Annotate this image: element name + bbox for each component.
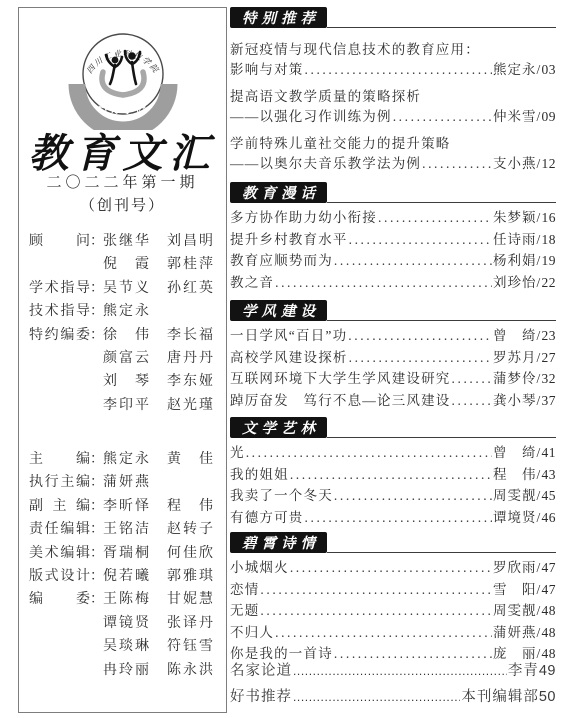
staff-name: 赵光瑾 <box>167 394 221 417</box>
toc-item-page: 46 <box>542 507 557 529</box>
staff-role <box>29 253 90 276</box>
toc-item: 光曾 绮/41 <box>230 442 556 464</box>
leader-dots <box>334 250 492 272</box>
leader-dots <box>349 229 492 251</box>
staff-colon <box>90 394 103 417</box>
toc-item-author: 蒲梦伶 <box>493 368 537 390</box>
staff-name: 谭镜贤 <box>103 612 167 635</box>
staff-role <box>29 370 90 393</box>
staff-role: 执行主编 <box>29 471 90 494</box>
toc-item-title-line2: 影响与对策 <box>230 60 304 80</box>
toc-item-title: 我的姐姐 <box>230 464 289 486</box>
leader-dots <box>293 684 460 710</box>
section-special-recommendation: 特别推荐 新冠疫情与现代信息技术的教育应用： 影响与对策熊定永/03 提高语文教… <box>230 6 556 181</box>
toc-item-title: 我卖了一个冬天 <box>230 485 333 507</box>
staff-name: 程 伟 <box>167 495 221 518</box>
toc-item-page: 50 <box>539 684 556 710</box>
leader-dots <box>452 368 493 390</box>
section-header: 特别推荐 <box>230 6 556 28</box>
toc-item-page: 43 <box>542 464 557 486</box>
section-header: 碧霄诗情 <box>230 531 556 553</box>
toc-footer-item: 好书推荐本刊编辑部50 <box>230 684 556 710</box>
toc-item-page: 03 <box>542 60 557 80</box>
staff-row: 版式设计：倪若曦郭雅琪 <box>29 565 221 588</box>
staff-role <box>29 394 90 417</box>
toc-item-author: 谭境贤 <box>493 507 537 529</box>
section-title-banner: 特别推荐 <box>230 7 327 28</box>
issue-subtitle: （创刊号） <box>19 194 226 215</box>
leader-dots <box>246 442 492 464</box>
toc-item-title: 教育应顺势而为 <box>230 250 333 272</box>
staff-row: 倪 霞郭桂萍 <box>29 253 221 276</box>
toc-item-author: 罗欣雨 <box>493 557 537 579</box>
toc-item: 小城烟火罗欣雨/47 <box>230 557 556 579</box>
staff-role: 版式设计 <box>29 565 90 588</box>
staff-row: 责任编辑：王铭洁赵转子 <box>29 518 221 541</box>
staff-list-bottom: 主编：熊定永黄 佳 执行主编：蒲妍燕 副主编：李昕怿程 伟 责任编辑：王铭洁赵转… <box>29 448 221 682</box>
staff-row: 主编：熊定永黄 佳 <box>29 448 221 471</box>
toc-item-title: 踔厉奋发 笃行不息—论三风建设 <box>230 390 451 412</box>
staff-name: 刘 琴 <box>103 370 167 393</box>
toc-item-page: 49 <box>539 658 556 684</box>
toc-item: 无题周雯靓/48 <box>230 600 556 622</box>
staff-colon: ： <box>90 518 103 541</box>
leader-dots <box>260 579 492 601</box>
toc-item-title: 好书推荐 <box>230 684 292 710</box>
staff-name: 张译丹 <box>167 612 221 635</box>
staff-name: 符钰雪 <box>167 635 221 658</box>
staff-name: 孙红英 <box>167 277 221 300</box>
staff-colon: ： <box>90 588 103 611</box>
section-header: 教育漫话 <box>230 181 556 203</box>
staff-name: 刘昌明 <box>167 230 221 253</box>
toc-item: 新冠疫情与现代信息技术的教育应用： 影响与对策熊定永/03 <box>230 40 556 80</box>
staff-name: 颜富云 <box>103 347 167 370</box>
staff-name: 蒲妍燕 <box>103 471 167 494</box>
section-header: 学风建设 <box>230 299 556 321</box>
staff-name: 徐 伟 <box>103 324 167 347</box>
toc-item-author: 仲米雪 <box>493 107 537 127</box>
staff-role <box>29 659 90 682</box>
toc-item: 我的姐姐程 伟/43 <box>230 464 556 486</box>
staff-colon <box>90 253 103 276</box>
section-title-banner: 学风建设 <box>230 300 327 321</box>
staff-name: 吴节义 <box>103 277 167 300</box>
toc-item-title-line1: 提高语文教学质量的策略探析 <box>230 87 556 107</box>
staff-name <box>167 471 221 494</box>
staff-colon: ： <box>90 565 103 588</box>
staff-colon: ： <box>90 230 103 253</box>
left-panel: 四川工业科技学院 教育学院 教育文汇 二〇二二年第一期 <box>18 7 227 713</box>
toc-item-title: 恋情 <box>230 579 259 601</box>
section-rule <box>327 320 556 321</box>
toc-item-title: 小城烟火 <box>230 557 289 579</box>
magazine-toc-page: 四川工业科技学院 教育学院 教育文汇 二〇二二年第一期 <box>0 0 565 718</box>
staff-role: 副主编 <box>29 495 90 518</box>
leader-dots <box>275 622 492 644</box>
staff-colon <box>90 659 103 682</box>
staff-colon <box>90 370 103 393</box>
staff-colon <box>90 347 103 370</box>
staff-colon: ： <box>90 495 103 518</box>
leader-dots <box>293 658 507 684</box>
staff-row: 顾问：张继华刘昌明 <box>29 230 221 253</box>
toc-item-page: 47 <box>542 579 557 601</box>
staff-name: 唐丹丹 <box>167 347 221 370</box>
staff-row: 谭镜贤张译丹 <box>29 612 221 635</box>
toc-item-page: 45 <box>542 485 557 507</box>
toc-item: 有德方可贵谭境贤/46 <box>230 507 556 529</box>
staff-name <box>167 300 221 323</box>
leader-dots <box>378 207 492 229</box>
staff-name: 李长福 <box>167 324 221 347</box>
toc-item-author: 本刊编辑部 <box>461 684 539 710</box>
toc-item-page: 19 <box>542 250 557 272</box>
section-title: 特别推荐 <box>237 7 320 28</box>
toc-item-title: 不归人 <box>230 622 274 644</box>
section-rule <box>327 552 556 553</box>
toc-item-title-line1: 新冠疫情与现代信息技术的教育应用： <box>230 40 556 60</box>
staff-name: 李昕怿 <box>103 495 167 518</box>
staff-name: 倪若曦 <box>103 565 167 588</box>
toc-item-title-line2: ——以强化习作训练为例 <box>230 107 392 127</box>
toc-item-author: 任诗雨 <box>493 229 537 251</box>
toc-item-page: 37 <box>542 390 557 412</box>
toc-item-title: 有德方可贵 <box>230 507 304 529</box>
staff-colon: ： <box>90 471 103 494</box>
staff-name: 李东娅 <box>167 370 221 393</box>
toc-item: 不归人蒲妍燕/48 <box>230 622 556 644</box>
staff-name: 黄 佳 <box>167 448 221 471</box>
leader-dots <box>290 557 492 579</box>
leader-dots <box>305 60 493 80</box>
staff-row: 编委：王陈梅甘妮慧 <box>29 588 221 611</box>
toc-item-title: 光 <box>230 442 245 464</box>
staff-row: 副主编：李昕怿程 伟 <box>29 495 221 518</box>
staff-name: 熊定永 <box>103 300 167 323</box>
toc-item-page: 22 <box>542 272 557 294</box>
staff-role: 主编 <box>29 448 90 471</box>
staff-row: 执行主编：蒲妍燕 <box>29 471 221 494</box>
staff-colon: ： <box>90 300 103 323</box>
staff-row: 特约编委：徐 伟李长福 <box>29 324 221 347</box>
toc-item: 我卖了一个冬天周雯靓/45 <box>230 485 556 507</box>
staff-name: 吴琰琳 <box>103 635 167 658</box>
toc-item-title: 互联网环境下大学生学风建设研究 <box>230 368 451 390</box>
issue-line: 二〇二二年第一期 <box>19 171 226 192</box>
toc-item-page: 23 <box>542 325 557 347</box>
toc-item: 教之音刘珍怡/22 <box>230 272 556 294</box>
toc-item-author: 杨利娟 <box>493 250 537 272</box>
toc-item-page: 41 <box>542 442 557 464</box>
staff-name: 胥瑞桐 <box>103 542 167 565</box>
leader-dots <box>422 154 492 174</box>
toc-item-author: 熊定永 <box>493 60 537 80</box>
toc-item-author: 周雯靓 <box>493 485 537 507</box>
section-rule <box>327 437 556 438</box>
staff-name: 甘妮慧 <box>167 588 221 611</box>
toc-item: 提高语文教学质量的策略探析 ——以强化习作训练为例仲米雪/09 <box>230 87 556 127</box>
staff-name: 熊定永 <box>103 448 167 471</box>
leader-dots <box>348 325 492 347</box>
staff-row: 学术指导：吴节义孙红英 <box>29 277 221 300</box>
toc-item-author: 曾 绮 <box>493 442 537 464</box>
toc-item-author: 朱梦颖 <box>493 207 537 229</box>
staff-colon <box>90 612 103 635</box>
toc-item-page: 48 <box>542 622 557 644</box>
staff-row: 冉玲丽陈永洪 <box>29 659 221 682</box>
staff-row: 技术指导：熊定永 <box>29 300 221 323</box>
toc-item-title: 多方协作助力幼小衔接 <box>230 207 377 229</box>
staff-name: 郭雅琪 <box>167 565 221 588</box>
staff-colon: ： <box>90 324 103 347</box>
college-logo-icon: 四川工业科技学院 教育学院 <box>63 26 183 130</box>
leader-dots <box>305 507 493 529</box>
section-header: 文学艺林 <box>230 416 556 438</box>
staff-name: 王陈梅 <box>103 588 167 611</box>
toc-item-author: 周雯靓 <box>493 600 537 622</box>
section-poetry: 碧霄诗情 小城烟火罗欣雨/47 恋情雪 阳/47 无题周雯靓/48 不归人蒲妍燕… <box>230 531 556 665</box>
toc-footer: 名家论道李青49 好书推荐本刊编辑部50 <box>230 658 556 710</box>
staff-role <box>29 347 90 370</box>
toc-item: 提升乡村教育水平任诗雨/18 <box>230 229 556 251</box>
leader-dots <box>260 600 492 622</box>
staff-colon <box>90 635 103 658</box>
staff-colon: ： <box>90 448 103 471</box>
leader-dots <box>334 485 492 507</box>
staff-role <box>29 635 90 658</box>
staff-role: 学术指导 <box>29 277 90 300</box>
toc-item-title: 名家论道 <box>230 658 292 684</box>
staff-role: 特约编委 <box>29 324 90 347</box>
staff-name: 冉玲丽 <box>103 659 167 682</box>
toc-item: 互联网环境下大学生学风建设研究蒲梦伶/32 <box>230 368 556 390</box>
toc-item: 多方协作助力幼小衔接朱梦颖/16 <box>230 207 556 229</box>
section-title: 碧霄诗情 <box>237 532 320 553</box>
leader-dots <box>275 272 492 294</box>
toc-item-title: 提升乡村教育水平 <box>230 229 348 251</box>
toc-item-author: 程 伟 <box>493 464 537 486</box>
staff-role: 技术指导 <box>29 300 90 323</box>
toc-item: 恋情雪 阳/47 <box>230 579 556 601</box>
toc-item-author: 龚小琴 <box>493 390 537 412</box>
section-education-talk: 教育漫话 多方协作助力幼小衔接朱梦颖/16 提升乡村教育水平任诗雨/18 教育应… <box>230 181 556 293</box>
staff-row: 吴琰琳符钰雪 <box>29 635 221 658</box>
toc-item-page: 27 <box>542 347 557 369</box>
section-title-banner: 教育漫话 <box>230 182 327 203</box>
section-study-style: 学风建设 一日学风“百日”功曾 绮/23 高校学风建设探析罗苏月/27 互联网环… <box>230 299 556 411</box>
toc-footer-item: 名家论道李青49 <box>230 658 556 684</box>
toc-column: 特别推荐 新冠疫情与现代信息技术的教育应用： 影响与对策熊定永/03 提高语文教… <box>230 0 556 718</box>
toc-item-author: 罗苏月 <box>493 347 537 369</box>
toc-item-page: 47 <box>542 557 557 579</box>
toc-item: 教育应顺势而为杨利娟/19 <box>230 250 556 272</box>
staff-name: 王铭洁 <box>103 518 167 541</box>
staff-role: 顾问 <box>29 230 90 253</box>
toc-item-title: 一日学风“百日”功 <box>230 325 347 347</box>
toc-item-page: 32 <box>542 368 557 390</box>
toc-item-author: 蒲妍燕 <box>493 622 537 644</box>
toc-item-author: 刘珍怡 <box>493 272 537 294</box>
section-title: 文学艺林 <box>237 417 320 438</box>
toc-item: 一日学风“百日”功曾 绮/23 <box>230 325 556 347</box>
leader-dots <box>393 107 492 127</box>
toc-item-page: 48 <box>542 600 557 622</box>
staff-role: 编委 <box>29 588 90 611</box>
staff-name: 郭桂萍 <box>167 253 221 276</box>
toc-item-author: 雪 阳 <box>493 579 537 601</box>
staff-row: 美术编辑：胥瑞桐何佳欣 <box>29 542 221 565</box>
staff-name: 张继华 <box>103 230 167 253</box>
toc-item-page: 16 <box>542 207 557 229</box>
staff-name: 赵转子 <box>167 518 221 541</box>
staff-row: 刘 琴李东娅 <box>29 370 221 393</box>
staff-name: 倪 霞 <box>103 253 167 276</box>
staff-role <box>29 612 90 635</box>
toc-item-page: 12 <box>542 154 557 174</box>
toc-item-title: 无题 <box>230 600 259 622</box>
leader-dots <box>452 390 493 412</box>
toc-item-title: 高校学风建设探析 <box>230 347 348 369</box>
leader-dots <box>349 347 492 369</box>
staff-name: 陈永洪 <box>167 659 221 682</box>
section-title: 教育漫话 <box>237 182 320 203</box>
toc-item-author: 李青 <box>508 658 539 684</box>
toc-item-author: 支小燕 <box>493 154 537 174</box>
section-title-banner: 文学艺林 <box>230 417 327 438</box>
leader-dots <box>290 464 492 486</box>
staff-colon: ： <box>90 542 103 565</box>
staff-row: 李印平赵光瑾 <box>29 394 221 417</box>
staff-role: 美术编辑 <box>29 542 90 565</box>
toc-item: 学前特殊儿童社交能力的提升策略 ——以奥尔夫音乐教学法为例支小燕/12 <box>230 134 556 174</box>
staff-colon: ： <box>90 277 103 300</box>
logo-circle <box>83 34 163 114</box>
staff-list-top: 顾问：张继华刘昌明 倪 霞郭桂萍 学术指导：吴节义孙红英 技术指导：熊定永 特约… <box>29 230 221 417</box>
toc-item-page: 09 <box>542 107 557 127</box>
toc-item-title-line1: 学前特殊儿童社交能力的提升策略 <box>230 134 556 154</box>
toc-item-title-line2: ——以奥尔夫音乐教学法为例 <box>230 154 421 174</box>
section-literature: 文学艺林 光曾 绮/41 我的姐姐程 伟/43 我卖了一个冬天周雯靓/45 有德… <box>230 416 556 528</box>
section-rule <box>327 27 556 28</box>
staff-role: 责任编辑 <box>29 518 90 541</box>
toc-item: 踔厉奋发 笃行不息—论三风建设龚小琴/37 <box>230 390 556 412</box>
section-title: 学风建设 <box>237 300 320 321</box>
toc-item-page: 18 <box>542 229 557 251</box>
section-title-banner: 碧霄诗情 <box>230 532 327 553</box>
section-rule <box>327 202 556 203</box>
toc-item-author: 曾 绮 <box>493 325 537 347</box>
toc-item: 高校学风建设探析罗苏月/27 <box>230 347 556 369</box>
staff-name: 李印平 <box>103 394 167 417</box>
staff-name: 何佳欣 <box>167 542 221 565</box>
staff-row: 颜富云唐丹丹 <box>29 347 221 370</box>
toc-item-title: 教之音 <box>230 272 274 294</box>
